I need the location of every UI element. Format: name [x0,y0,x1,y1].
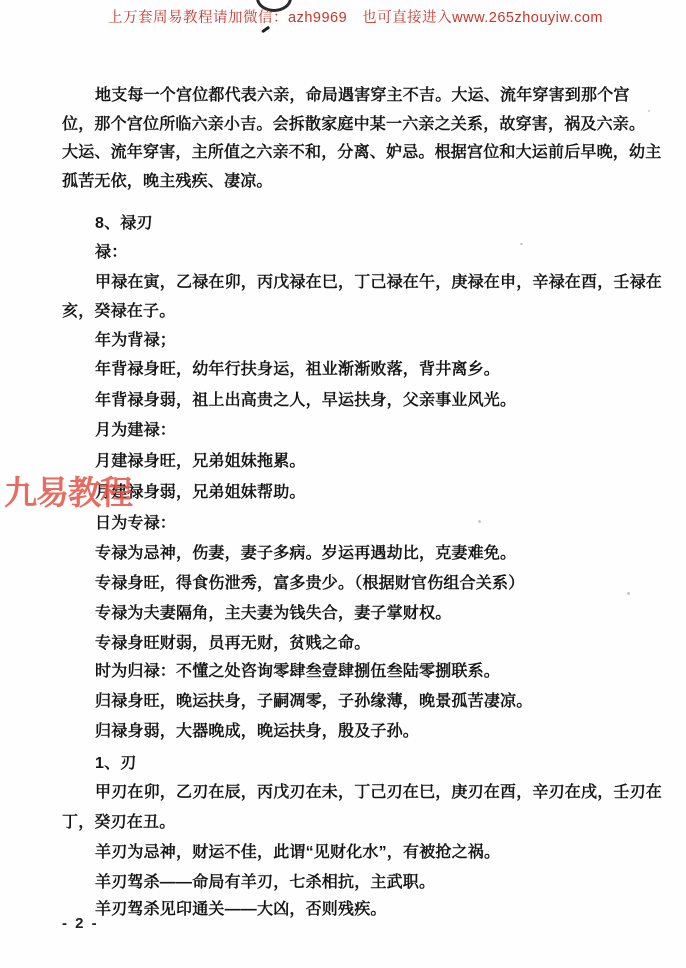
text-line: 日为专禄： [62,513,176,535]
text-line: 年为背禄； [62,330,176,352]
text-line: 归禄身旺，晚运扶身，子嗣凋零，子孙缘薄，晚景孤苦凄凉。 [62,691,532,713]
text-line: 专禄身旺财弱，员再无财，贫贱之命。 [62,633,370,655]
text-line: 亥，癸禄在子。 [62,301,175,323]
text-line: 专禄身旺，得食伤泄秀，富多贵少。（根据财官伤组合关系） [62,573,524,595]
watermark-jiuyi-jiaocheng: 九易教程 [4,467,132,514]
text-line: 专禄为忌神，伤妻，妻子多病。岁运再遇劫比，克妻难免。 [62,543,516,565]
page-number: - 2 - [62,915,99,932]
scanned-document-page: 上万套周易教程请加微信：azh9969 也可直接进入www.265zhouyiw… [0,0,686,968]
section-heading: 1、刃 [62,753,137,775]
text-line: 孤苦无依，晚主残疾、凄凉。 [62,171,273,193]
scan-speck [478,520,481,523]
text-line: 大运、流年穿害，主所值之六亲不和，分离、妒忌。根据宫位和大运前后早晚，幼主 [62,142,661,164]
text-line: 位，那个宫位所临六亲小吉。会拆散家庭中某一六亲之关系，故穿害，祸及六亲。 [62,114,645,136]
text-line: 甲刃在卯，乙刃在辰，丙戊刃在未，丁己刃在巳，庚刃在酉，辛刃在戌，壬刃在 [62,782,662,804]
text-line: 时为归禄：不懂之处咨询零肆叁壹肆捌伍叁陆零捌联系。 [62,661,500,683]
text-line: 羊刃驾杀见印通关——大凶，否则残疾。 [62,899,387,921]
scan-speck [627,592,630,595]
text-line: 羊刃为忌神，财运不佳，此谓“见财化水”，有被抢之祸。 [62,842,500,864]
text-line: 羊刃驾杀——命局有羊刃，七杀相抗，主武职。 [62,872,435,894]
text-line: 禄： [62,242,127,264]
text-line: 甲禄在寅，乙禄在卯，丙戊禄在巳，丁己禄在午，庚禄在申，辛禄在酉，壬禄在 [62,272,662,294]
scan-speck [520,243,523,245]
text-line: 地支每一个宫位都代表六亲，命局遇害穿主不吉。大运、流年穿害到那个宫 [62,85,630,107]
scan-speck [648,110,650,112]
text-line: 年背禄身弱，祖上出高贵之人，早运扶身，父亲事业风光。 [62,390,516,412]
text-line: 月为建禄： [62,420,176,442]
text-line: 归禄身弱，大器晚成，晚运扶身，殷及子孙。 [62,721,419,743]
section-heading: 8、禄刃 [62,213,153,235]
text-line: 丁，癸刃在丑。 [62,812,175,834]
text-line: 年背禄身旺，幼年行扶身运，祖业渐渐败落，背井离乡。 [62,359,500,381]
promo-header-text: 上万套周易教程请加微信：azh9969 也可直接进入www.265zhouyiw… [108,6,578,27]
text-line: 专禄为夫妻隔角，主夫妻为钱失合，妻子掌财权。 [62,603,451,625]
